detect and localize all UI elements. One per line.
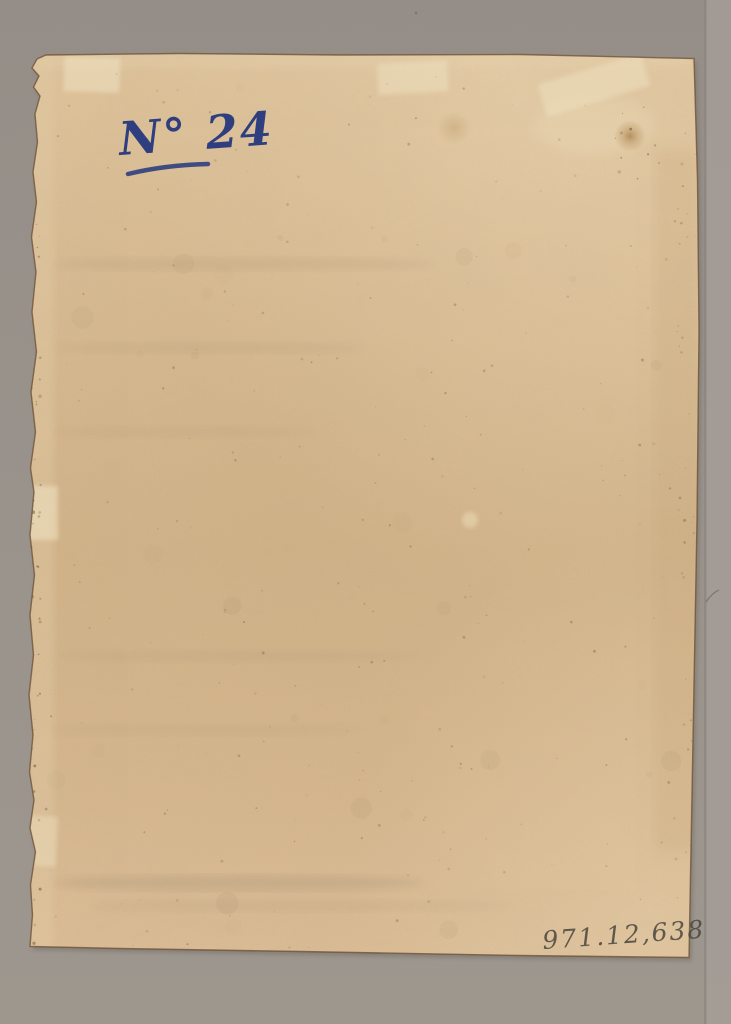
speck	[236, 84, 244, 92]
speck	[322, 507, 323, 508]
speck	[107, 167, 109, 169]
speck	[431, 458, 434, 461]
speck	[66, 362, 67, 363]
speck	[262, 590, 264, 592]
speck	[638, 523, 640, 525]
speck	[447, 868, 450, 871]
speck	[335, 431, 336, 432]
speck	[685, 467, 686, 468]
speck	[124, 228, 126, 230]
speck	[109, 618, 110, 619]
speck	[692, 522, 693, 523]
speck	[106, 501, 109, 504]
speck	[558, 138, 560, 140]
speck	[143, 544, 163, 564]
speck	[480, 750, 500, 770]
speck	[286, 241, 289, 244]
speck	[378, 454, 380, 456]
speck	[358, 752, 359, 753]
speck	[565, 245, 567, 247]
speck	[157, 528, 158, 529]
speck	[451, 339, 453, 341]
speck	[36, 404, 38, 406]
speck	[661, 751, 681, 771]
speck	[308, 764, 310, 766]
speck	[254, 692, 256, 694]
speck	[439, 920, 458, 939]
speck	[495, 180, 497, 182]
speck	[308, 214, 309, 215]
speck	[228, 320, 229, 321]
speck	[687, 748, 689, 750]
speck	[55, 690, 56, 691]
speck	[520, 823, 522, 825]
handwritten-number-label: N° 24	[115, 101, 275, 166]
speck	[34, 924, 36, 926]
speck	[234, 459, 237, 462]
speck	[690, 696, 691, 697]
speck	[524, 640, 525, 641]
speck	[176, 520, 178, 522]
speck	[415, 117, 417, 119]
speck	[593, 650, 596, 653]
speck	[371, 226, 374, 229]
speck	[474, 488, 476, 490]
speck	[685, 679, 686, 680]
speck	[677, 208, 679, 210]
speck	[224, 612, 226, 614]
backing-dust-speck	[415, 12, 418, 15]
speck	[407, 874, 409, 876]
speck	[522, 469, 523, 470]
speck	[483, 369, 486, 372]
speck	[280, 456, 281, 457]
speck	[78, 400, 80, 402]
speck	[483, 675, 486, 678]
stain-faint-top-center	[437, 111, 471, 145]
speck	[50, 870, 51, 871]
speck	[358, 666, 360, 668]
speck	[410, 545, 412, 547]
speck	[641, 359, 644, 362]
speck	[359, 779, 361, 781]
speck	[638, 444, 641, 447]
speck	[512, 104, 513, 105]
speck	[384, 217, 385, 218]
speck	[291, 350, 292, 351]
speck	[629, 128, 632, 131]
speck	[176, 899, 179, 902]
paper-sheet	[20, 40, 710, 970]
speck	[140, 899, 141, 900]
speck	[379, 715, 389, 725]
speck	[121, 904, 122, 905]
speck	[638, 681, 646, 689]
speck	[238, 754, 241, 757]
speck	[37, 566, 39, 568]
speck	[143, 831, 145, 833]
speck	[294, 841, 296, 843]
speck	[502, 682, 503, 683]
speck	[375, 482, 377, 484]
speck	[306, 794, 308, 796]
speck	[437, 601, 451, 615]
speck	[45, 808, 48, 811]
speck	[361, 837, 363, 839]
speck	[478, 623, 479, 624]
speck	[286, 203, 289, 206]
speck	[32, 942, 35, 945]
speck	[201, 287, 213, 299]
speck	[404, 439, 406, 441]
speck	[675, 858, 678, 861]
speck	[387, 84, 388, 85]
speck	[190, 527, 192, 529]
speck	[214, 159, 217, 162]
speck	[631, 60, 632, 61]
speck	[681, 572, 684, 575]
speck	[39, 484, 41, 486]
speck	[620, 157, 622, 159]
speck	[301, 358, 304, 361]
speck	[375, 406, 376, 407]
speck	[621, 460, 622, 461]
speck	[640, 899, 642, 901]
speck	[380, 791, 381, 792]
speck	[653, 617, 655, 619]
speck	[347, 730, 348, 731]
speck	[435, 76, 436, 77]
speck	[680, 351, 683, 354]
speck	[595, 404, 615, 424]
speck	[694, 235, 695, 236]
speck	[683, 519, 686, 522]
speck	[619, 495, 620, 496]
speck	[439, 860, 440, 861]
speck	[223, 597, 241, 615]
speck	[257, 811, 258, 812]
speck	[291, 714, 299, 722]
speck	[81, 722, 83, 724]
speck	[39, 598, 41, 600]
speck	[186, 943, 188, 945]
speck	[262, 651, 265, 654]
speck	[34, 459, 35, 460]
speck	[34, 719, 35, 720]
speck	[674, 220, 676, 222]
speck	[308, 947, 309, 948]
speck	[229, 915, 231, 917]
speck	[37, 695, 39, 697]
speck	[389, 524, 391, 526]
speck	[451, 745, 453, 747]
speck	[441, 475, 444, 478]
speck	[400, 809, 412, 821]
speck	[416, 367, 430, 381]
speck	[646, 771, 653, 778]
tape-remnant-top-left	[63, 56, 120, 93]
speck	[138, 303, 139, 304]
speck	[615, 138, 616, 139]
speck	[438, 728, 441, 731]
speck	[542, 60, 543, 61]
speck	[295, 820, 296, 821]
speck	[679, 497, 682, 500]
speck	[38, 256, 40, 258]
speck	[233, 664, 235, 666]
speck	[442, 831, 444, 833]
speck	[369, 95, 371, 97]
speck	[651, 360, 662, 371]
wear-spot-center	[462, 512, 478, 528]
speck	[36, 401, 37, 402]
paper-grain	[20, 40, 710, 970]
speck	[196, 349, 197, 350]
speck	[424, 816, 426, 818]
speck	[618, 170, 621, 173]
speck	[191, 180, 192, 181]
speck	[463, 310, 464, 311]
speck	[462, 87, 464, 89]
speck	[39, 693, 41, 695]
speck	[225, 918, 242, 935]
speck	[489, 877, 490, 878]
speck	[81, 389, 82, 390]
speck	[411, 780, 412, 781]
speck	[469, 585, 470, 586]
speck	[686, 236, 688, 238]
speck	[690, 719, 692, 721]
artifact-photo-svg: N° 24 971.12,638	[0, 0, 731, 1024]
speck	[679, 346, 680, 347]
speck	[566, 295, 569, 298]
speck	[362, 519, 364, 521]
speck	[167, 809, 168, 810]
speck	[232, 304, 234, 306]
speck	[36, 224, 37, 225]
speck	[460, 763, 462, 765]
speck	[427, 900, 430, 903]
speck	[73, 564, 75, 566]
speck	[178, 745, 179, 746]
speck	[624, 646, 626, 648]
speck	[39, 620, 42, 623]
speck	[150, 211, 152, 213]
speck	[288, 946, 290, 948]
speck	[57, 135, 59, 137]
speck	[676, 331, 677, 332]
speck	[456, 248, 473, 265]
speck	[605, 764, 607, 766]
speck	[262, 312, 265, 315]
speck	[693, 545, 694, 546]
speck	[667, 781, 670, 784]
speck	[507, 520, 508, 521]
speck	[677, 897, 679, 899]
speck	[157, 188, 159, 190]
speck	[584, 105, 586, 107]
speck	[39, 357, 42, 360]
speck	[524, 107, 525, 108]
speck	[255, 807, 257, 809]
speck	[321, 704, 322, 705]
speck	[693, 516, 694, 517]
speck	[454, 303, 457, 306]
speck	[153, 271, 154, 272]
speck	[603, 480, 604, 481]
speck	[173, 253, 194, 274]
speck	[336, 357, 338, 359]
speck	[136, 350, 144, 358]
speck	[378, 824, 381, 827]
speck	[647, 306, 649, 308]
speck	[224, 290, 226, 292]
speck	[682, 576, 685, 579]
speck	[357, 283, 359, 285]
speck	[156, 90, 159, 93]
speck	[659, 474, 660, 475]
speck	[643, 107, 644, 108]
speck	[216, 892, 238, 914]
speck	[284, 546, 290, 552]
speck	[682, 185, 684, 187]
speck	[54, 915, 56, 917]
speck	[38, 511, 41, 514]
speck	[689, 413, 691, 415]
speck	[82, 293, 84, 295]
speck	[33, 899, 35, 901]
speck	[540, 190, 542, 192]
speck	[39, 888, 42, 891]
speck	[299, 446, 301, 448]
speck	[337, 582, 339, 584]
speck	[486, 614, 488, 616]
speck	[636, 267, 637, 268]
speck	[620, 132, 623, 135]
speck	[39, 236, 40, 237]
speck	[189, 438, 190, 439]
speck	[37, 247, 38, 248]
speck	[362, 770, 364, 772]
speck	[669, 487, 671, 489]
speck	[685, 133, 686, 134]
speck	[38, 819, 41, 822]
speck	[202, 751, 208, 757]
backing-crease-line	[704, 0, 707, 1024]
speck	[680, 162, 683, 165]
speck	[116, 73, 118, 75]
speck	[318, 355, 319, 356]
speck	[463, 636, 466, 639]
speck	[72, 197, 73, 198]
speck	[359, 586, 360, 587]
speck	[502, 198, 503, 199]
speck	[444, 392, 446, 394]
speck	[480, 434, 482, 436]
speck	[622, 113, 623, 114]
speck	[150, 642, 152, 644]
speck	[372, 611, 374, 613]
speck	[243, 621, 245, 623]
speck	[294, 685, 296, 687]
speck	[466, 416, 467, 417]
speck	[556, 758, 557, 759]
speck	[551, 865, 552, 866]
speck	[462, 449, 463, 450]
speck	[164, 812, 167, 815]
speck	[163, 101, 165, 103]
speck	[661, 842, 663, 844]
speck	[32, 523, 34, 525]
speck	[486, 838, 487, 839]
speck	[38, 394, 41, 397]
speck	[162, 387, 164, 389]
speck	[647, 153, 649, 155]
speck	[263, 741, 265, 743]
speck	[71, 306, 93, 328]
speck	[637, 178, 638, 179]
speck	[600, 383, 602, 385]
speck	[464, 596, 467, 599]
speck	[269, 726, 270, 727]
speck	[350, 797, 371, 818]
speck	[383, 660, 385, 662]
speck	[491, 364, 494, 367]
speck	[467, 282, 468, 283]
speck	[38, 654, 39, 655]
archival-photo: N° 24 971.12,638	[0, 0, 731, 1024]
speck	[665, 258, 668, 261]
speck	[131, 688, 133, 690]
speck	[677, 325, 679, 327]
speck	[282, 299, 283, 300]
speck	[630, 245, 632, 247]
speck	[585, 668, 586, 669]
speck	[38, 618, 40, 620]
speck	[220, 860, 223, 863]
speck	[33, 729, 34, 730]
speck	[693, 532, 695, 534]
speck	[214, 264, 234, 284]
speck	[202, 634, 203, 635]
tape-remnant-top-center	[377, 60, 449, 95]
speck	[423, 819, 425, 821]
speck	[348, 124, 350, 126]
speck	[370, 297, 372, 299]
speck	[450, 849, 452, 851]
speck	[525, 333, 526, 334]
speck	[683, 724, 685, 726]
speck	[92, 744, 106, 758]
speck	[396, 919, 399, 922]
speck	[417, 244, 419, 246]
speck	[277, 235, 283, 241]
speck	[679, 243, 680, 244]
speck	[625, 738, 627, 740]
speck	[460, 767, 462, 769]
speck	[50, 715, 52, 717]
speck	[146, 930, 149, 933]
speck	[176, 89, 179, 92]
speck	[476, 256, 477, 257]
speck	[689, 135, 690, 136]
speck	[254, 390, 256, 392]
speck	[488, 603, 489, 604]
speck	[406, 929, 407, 930]
speck	[505, 242, 522, 259]
speck	[673, 817, 676, 820]
speck	[685, 851, 687, 853]
